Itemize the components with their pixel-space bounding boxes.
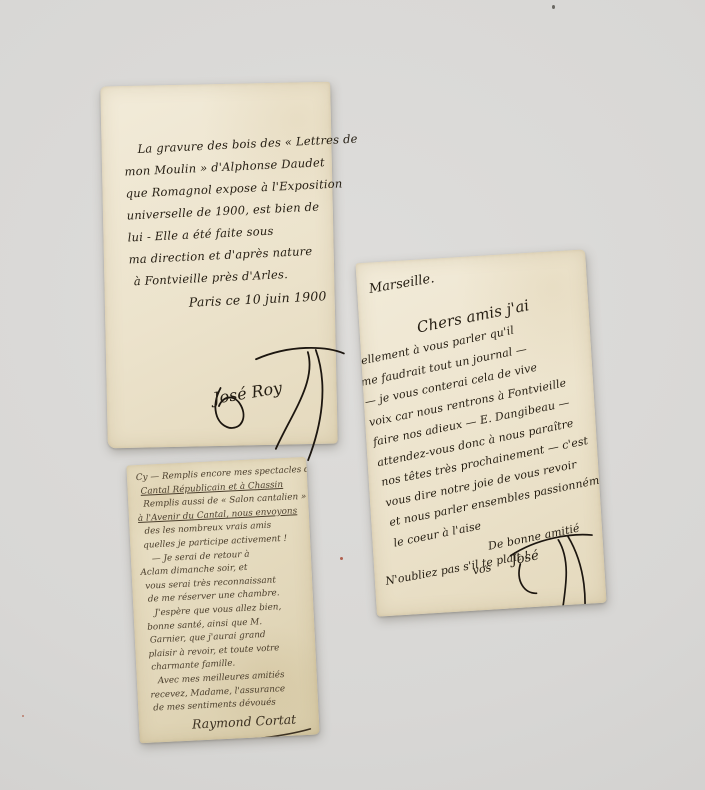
card-raymond-cortat: Cy — Remplis encore mes spectacles des C… bbox=[126, 457, 319, 743]
signature-raymond-cortat: Raymond Cortat bbox=[148, 711, 318, 743]
letter-body: La gravure des bois des « Lettres de mon… bbox=[123, 129, 333, 316]
signature-jose-roy: José Roy bbox=[197, 333, 350, 466]
letter-marseille-jose: Marseille. Chers amis j'ai tellement à v… bbox=[355, 249, 606, 616]
place-line: Marseille. bbox=[368, 271, 436, 297]
dust-speck bbox=[552, 5, 555, 9]
photo-stage: La gravure des bois des « Lettres de mon… bbox=[0, 0, 705, 790]
letter-jose-roy-1900: La gravure des bois des « Lettres de mon… bbox=[100, 82, 338, 449]
letter-body: Chers amis j'ai tellement à vous parler … bbox=[355, 284, 606, 601]
dust-speck bbox=[340, 557, 343, 560]
dust-speck bbox=[22, 715, 24, 717]
card-body: Cy — Remplis encore mes spectacles des C… bbox=[136, 464, 318, 743]
